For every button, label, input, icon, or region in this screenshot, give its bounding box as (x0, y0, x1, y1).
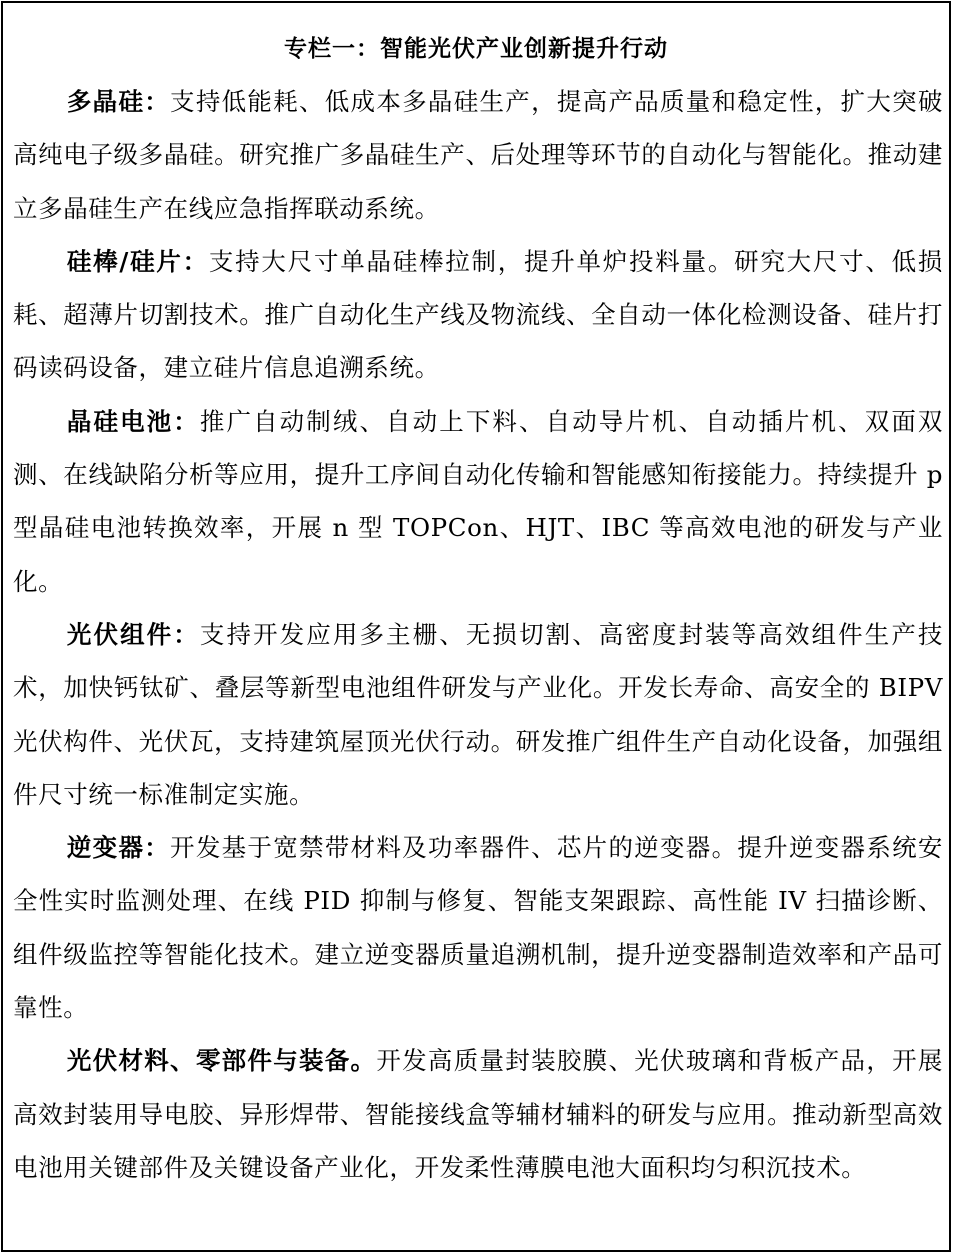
section-silicon-rod-wafer: 硅棒/硅片：支持大尺寸单晶硅棒拉制，提升单炉投料量。研究大尺寸、低损耗、超薄片切… (13, 235, 943, 395)
column-box: 专栏一：智能光伏产业创新提升行动 多晶硅：支持低能耗、低成本多晶硅生产，提高产品… (1, 1, 951, 1252)
section-pv-module: 光伏组件：支持开发应用多主栅、无损切割、高密度封装等高效组件生产技术，加快钙钛矿… (13, 608, 943, 821)
section-heading: 晶硅电池： (67, 407, 200, 436)
column-content: 多晶硅：支持低能耗、低成本多晶硅生产，提高产品质量和稳定性，扩大突破高纯电子级多… (13, 75, 943, 1194)
section-crystalline-cell: 晶硅电池：推广自动制绒、自动上下料、自动导片机、自动插片机、双面双测、在线缺陷分… (13, 395, 943, 608)
section-heading: 多晶硅： (67, 87, 170, 116)
section-materials-equipment: 光伏材料、零部件与装备。开发高质量封装胶膜、光伏玻璃和背板产品，开展高效封装用导… (13, 1034, 943, 1194)
section-inverter: 逆变器：开发基于宽禁带材料及功率器件、芯片的逆变器。提升逆变器系统安全性实时监测… (13, 821, 943, 1034)
section-heading: 逆变器： (67, 833, 170, 862)
column-title: 专栏一：智能光伏产业创新提升行动 (3, 33, 949, 65)
section-heading: 光伏材料、零部件与装备。 (67, 1046, 376, 1075)
section-polysilicon: 多晶硅：支持低能耗、低成本多晶硅生产，提高产品质量和稳定性，扩大突破高纯电子级多… (13, 75, 943, 235)
section-heading: 光伏组件： (67, 620, 200, 649)
section-heading: 硅棒/硅片： (67, 247, 209, 276)
